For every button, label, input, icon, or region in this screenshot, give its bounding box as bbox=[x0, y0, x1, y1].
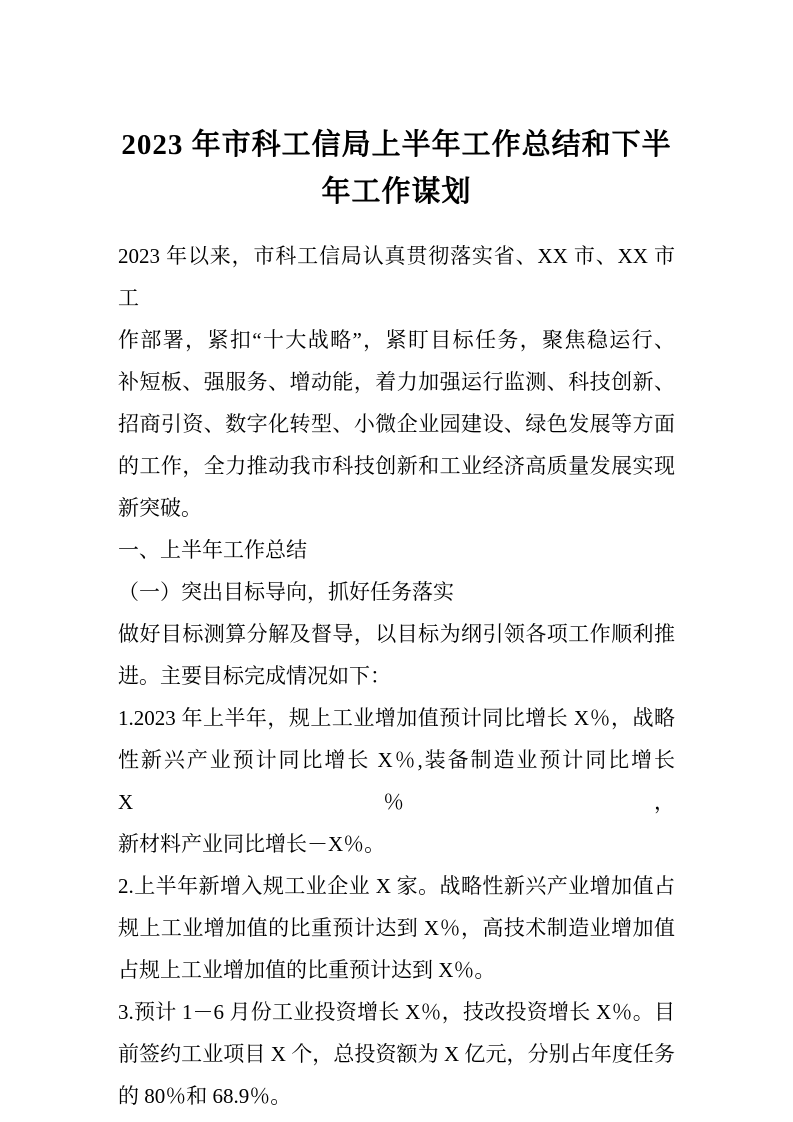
text-line: 作部署，紧扣“十大战略”，紧盯目标任务，聚焦稳运行、 bbox=[118, 319, 675, 361]
paragraph: 2023 年以来，市科工信局认真贯彻落实省、XX 市、XX 市工作部署，紧扣“十… bbox=[118, 235, 675, 529]
text-line: 做好目标测算分解及督导，以目标为纲引领各项工作顺利推 bbox=[118, 613, 675, 655]
text-line: 占规上工业增加值的比重预计达到 X％。 bbox=[118, 949, 675, 991]
text-line: 2023 年市科工信局上半年工作总结和下半 bbox=[118, 122, 675, 169]
section-heading: 一、上半年工作总结 bbox=[118, 529, 675, 571]
text-line: 新材料产业同比增长－X％。 bbox=[118, 823, 675, 865]
section-heading: （一）突出目标导向，抓好任务落实 bbox=[118, 571, 675, 613]
paragraph: 2.上半年新增入规工业企业 X 家。战略性新兴产业增加值占规上工业增加值的比重预… bbox=[118, 865, 675, 991]
text-line: 进。主要目标完成情况如下： bbox=[118, 655, 675, 697]
text-line: 的 80％和 68.9％。 bbox=[118, 1075, 675, 1117]
text-line: 3.预计 1－6 月份工业投资增长 X％，技改投资增长 X％。目 bbox=[118, 991, 675, 1033]
text-line: 补短板、强服务、增动能，着力加强运行监测、科技创新、 bbox=[118, 361, 675, 403]
text-line: 一、上半年工作总结 bbox=[118, 529, 675, 571]
paragraph: 1.2023 年上半年，规上工业增加值预计同比增长 X％，战略性新兴产业预计同比… bbox=[118, 697, 675, 865]
text-line: 2023 年以来，市科工信局认真贯彻落实省、XX 市、XX 市工 bbox=[118, 235, 675, 319]
paragraph: 做好目标测算分解及督导，以目标为纲引领各项工作顺利推进。主要目标完成情况如下： bbox=[118, 613, 675, 697]
document-title: 2023 年市科工信局上半年工作总结和下半年工作谋划 bbox=[118, 122, 675, 216]
document-body: 2023 年市科工信局上半年工作总结和下半年工作谋划2023 年以来，市科工信局… bbox=[118, 122, 675, 1117]
text-line: 招商引资、数字化转型、小微企业园建设、绿色发展等方面 bbox=[118, 403, 675, 445]
text-line: 2.上半年新增入规工业企业 X 家。战略性新兴产业增加值占 bbox=[118, 865, 675, 907]
paragraph: 3.预计 1－6 月份工业投资增长 X％，技改投资增长 X％。目前签约工业项目 … bbox=[118, 991, 675, 1117]
text-line: 1.2023 年上半年，规上工业增加值预计同比增长 X％，战略 bbox=[118, 697, 675, 739]
text-line: 新突破。 bbox=[118, 487, 675, 529]
text-line: 年工作谋划 bbox=[118, 169, 675, 216]
text-line: 前签约工业项目 X 个，总投资额为 X 亿元，分别占年度任务 bbox=[118, 1033, 675, 1075]
document-page: 2023 年市科工信局上半年工作总结和下半年工作谋划2023 年以来，市科工信局… bbox=[0, 0, 793, 1122]
text-line: 的工作，全力推动我市科技创新和工业经济高质量发展实现 bbox=[118, 445, 675, 487]
text-line: 规上工业增加值的比重预计达到 X％，高技术制造业增加值 bbox=[118, 907, 675, 949]
text-line: 性新兴产业预计同比增长 X％,装备制造业预计同比增长 X％， bbox=[118, 739, 675, 823]
text-line: （一）突出目标导向，抓好任务落实 bbox=[118, 571, 675, 613]
